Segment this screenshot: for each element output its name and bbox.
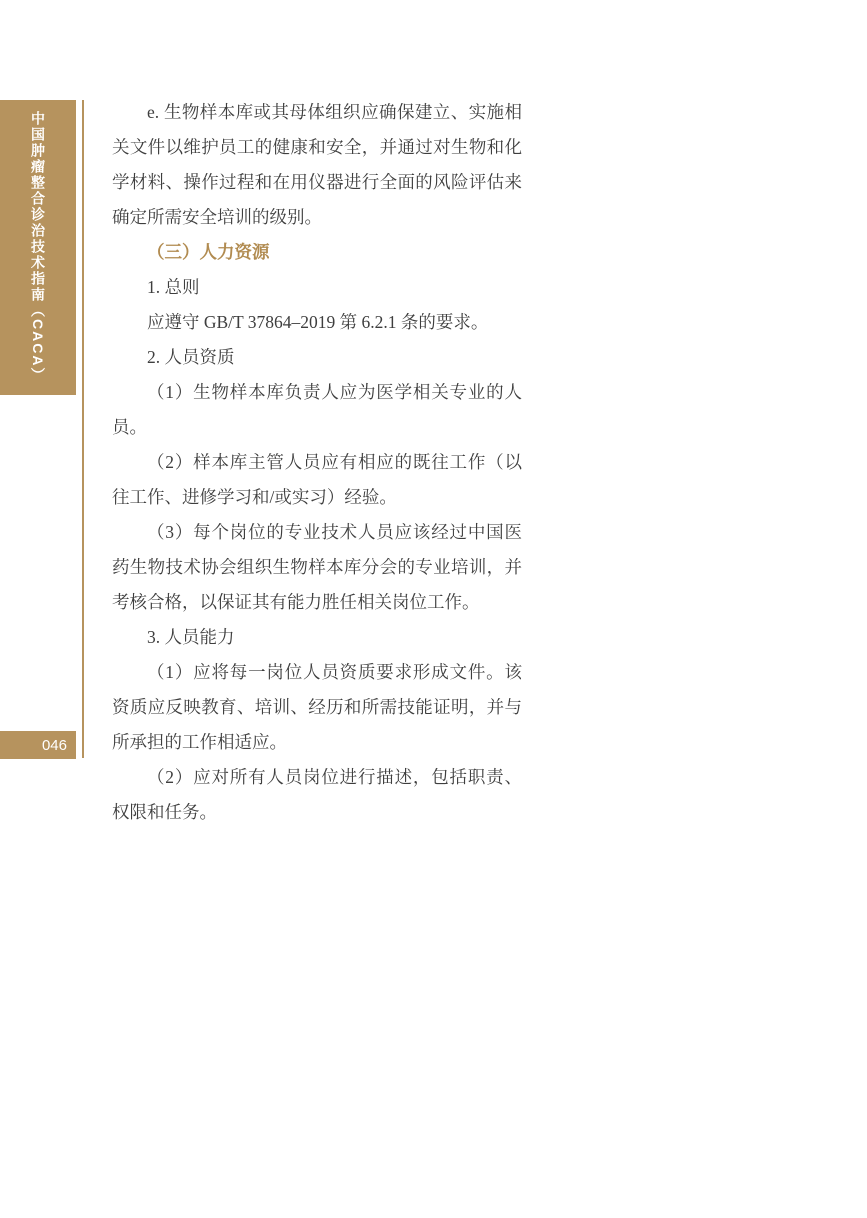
paragraph: 2. 人员资质 xyxy=(112,340,522,375)
paragraph: （1）生物样本库负责人应为医学相关专业的人员。 xyxy=(112,375,522,445)
vertical-divider xyxy=(82,100,84,758)
paragraph: e. 生物样本库或其母体组织应确保建立、实施相关文件以维护员工的健康和安全，并通… xyxy=(112,95,522,235)
section-heading: （三）人力资源 xyxy=(112,235,522,270)
document-page: 中国肿瘤整合诊治技术指南（CACA） 046 e. 生物样本库或其母体组织应确保… xyxy=(0,0,867,1218)
paragraph: 1. 总则 xyxy=(112,270,522,305)
paragraph: 3. 人员能力 xyxy=(112,620,522,655)
sidebar-spine: 中国肿瘤整合诊治技术指南（CACA） xyxy=(0,100,76,395)
paragraph: （3）每个岗位的专业技术人员应该经过中国医药生物技术协会组织生物样本库分会的专业… xyxy=(112,515,522,620)
paragraph: （2）应对所有人员岗位进行描述，包括职责、权限和任务。 xyxy=(112,760,522,830)
paragraph: （2）样本库主管人员应有相应的既往工作（以往工作、进修学习和/或实习）经验。 xyxy=(112,445,522,515)
page-number-badge: 046 xyxy=(0,731,76,759)
page-content: e. 生物样本库或其母体组织应确保建立、实施相关文件以维护员工的健康和安全，并通… xyxy=(112,95,522,830)
paragraph: （1）应将每一岗位人员资质要求形成文件。该资质应反映教育、培训、经历和所需技能证… xyxy=(112,655,522,760)
page-number: 046 xyxy=(42,737,67,754)
paragraph: 应遵守 GB/T 37864–2019 第 6.2.1 条的要求。 xyxy=(112,305,522,340)
book-title-vertical: 中国肿瘤整合诊治技术指南（CACA） xyxy=(31,111,45,383)
